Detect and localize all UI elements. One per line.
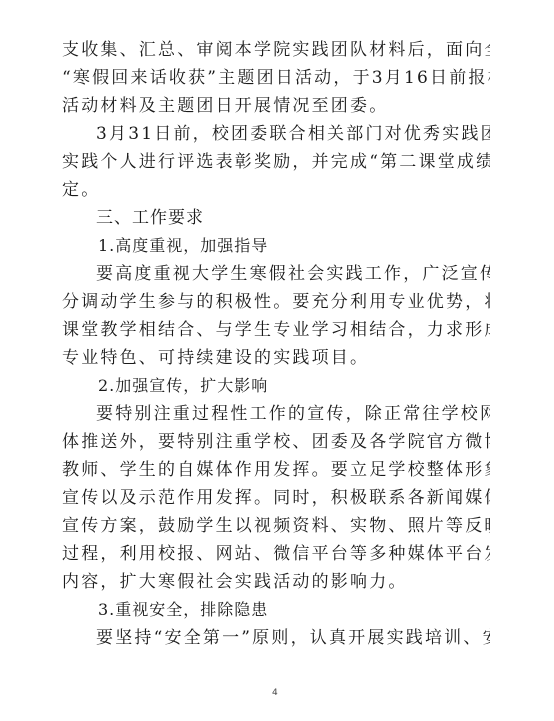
- body-line: 课堂教学相结合、与学生专业学习相结合，力求形成具有学院或: [62, 316, 490, 344]
- paragraph-start-line: 要高度重视大学生寒假社会实践工作，广泛宣传、动员，充: [62, 260, 490, 288]
- body-line: 宣传方案，鼓励学生以视频资料、实物、照片等反映和记载实践: [62, 512, 490, 540]
- body-line: 教师、学生的自媒体作用发挥。要立足学校整体形象提升、招生: [62, 456, 490, 484]
- body-line: 分调动学生参与的积极性。要充分利用专业优势，将社会实践与: [62, 288, 490, 316]
- subsection-heading: 1.高度重视，加强指导: [62, 232, 490, 260]
- body-line: 过程，利用校报、网站、微信平台等多种媒体平台发布社会实践: [62, 540, 490, 568]
- body-line: 体推送外，要特别注重学校、团委及各学院官方微博、微信以及: [62, 428, 490, 456]
- paragraph-start-line: 3月31日前，校团委联合相关部门对优秀实践团队、优秀: [62, 120, 490, 148]
- body-line: 定。: [62, 176, 490, 204]
- paragraph-start-line: 要特别注重过程性工作的宣传，除正常往学校网站、社会媒: [62, 400, 490, 428]
- page-number: 4: [272, 688, 278, 698]
- body-line: 内容，扩大寒假社会实践活动的影响力。: [62, 568, 490, 596]
- body-line: “寒假回来话收获”主题团日活动，于3月16日前报相关实践: [62, 64, 490, 92]
- body-line: 专业特色、可持续建设的实践项目。: [62, 344, 490, 372]
- body-line: 实践个人进行评选表彰奖励，并完成“第二课堂成绩单”赋分认: [62, 148, 490, 176]
- body-line: 活动材料及主题团日开展情况至团委。: [62, 92, 490, 120]
- subsection-heading: 3.重视安全，排除隐患: [62, 596, 490, 624]
- subsection-heading: 2.加强宣传，扩大影响: [62, 372, 490, 400]
- body-line: 宣传以及示范作用发挥。同时，积极联系各新闻媒体，认真规划: [62, 484, 490, 512]
- document-page: 支收集、汇总、审阅本学院实践团队材料后，面向全院组织开展 “寒假回来话收获”主题…: [62, 36, 490, 652]
- section-heading: 三、工作要求: [62, 204, 490, 232]
- paragraph-start-line: 要坚持“安全第一”原则，认真开展实践培训、安全教育等: [62, 624, 490, 652]
- body-line: 支收集、汇总、审阅本学院实践团队材料后，面向全院组织开展: [62, 36, 490, 64]
